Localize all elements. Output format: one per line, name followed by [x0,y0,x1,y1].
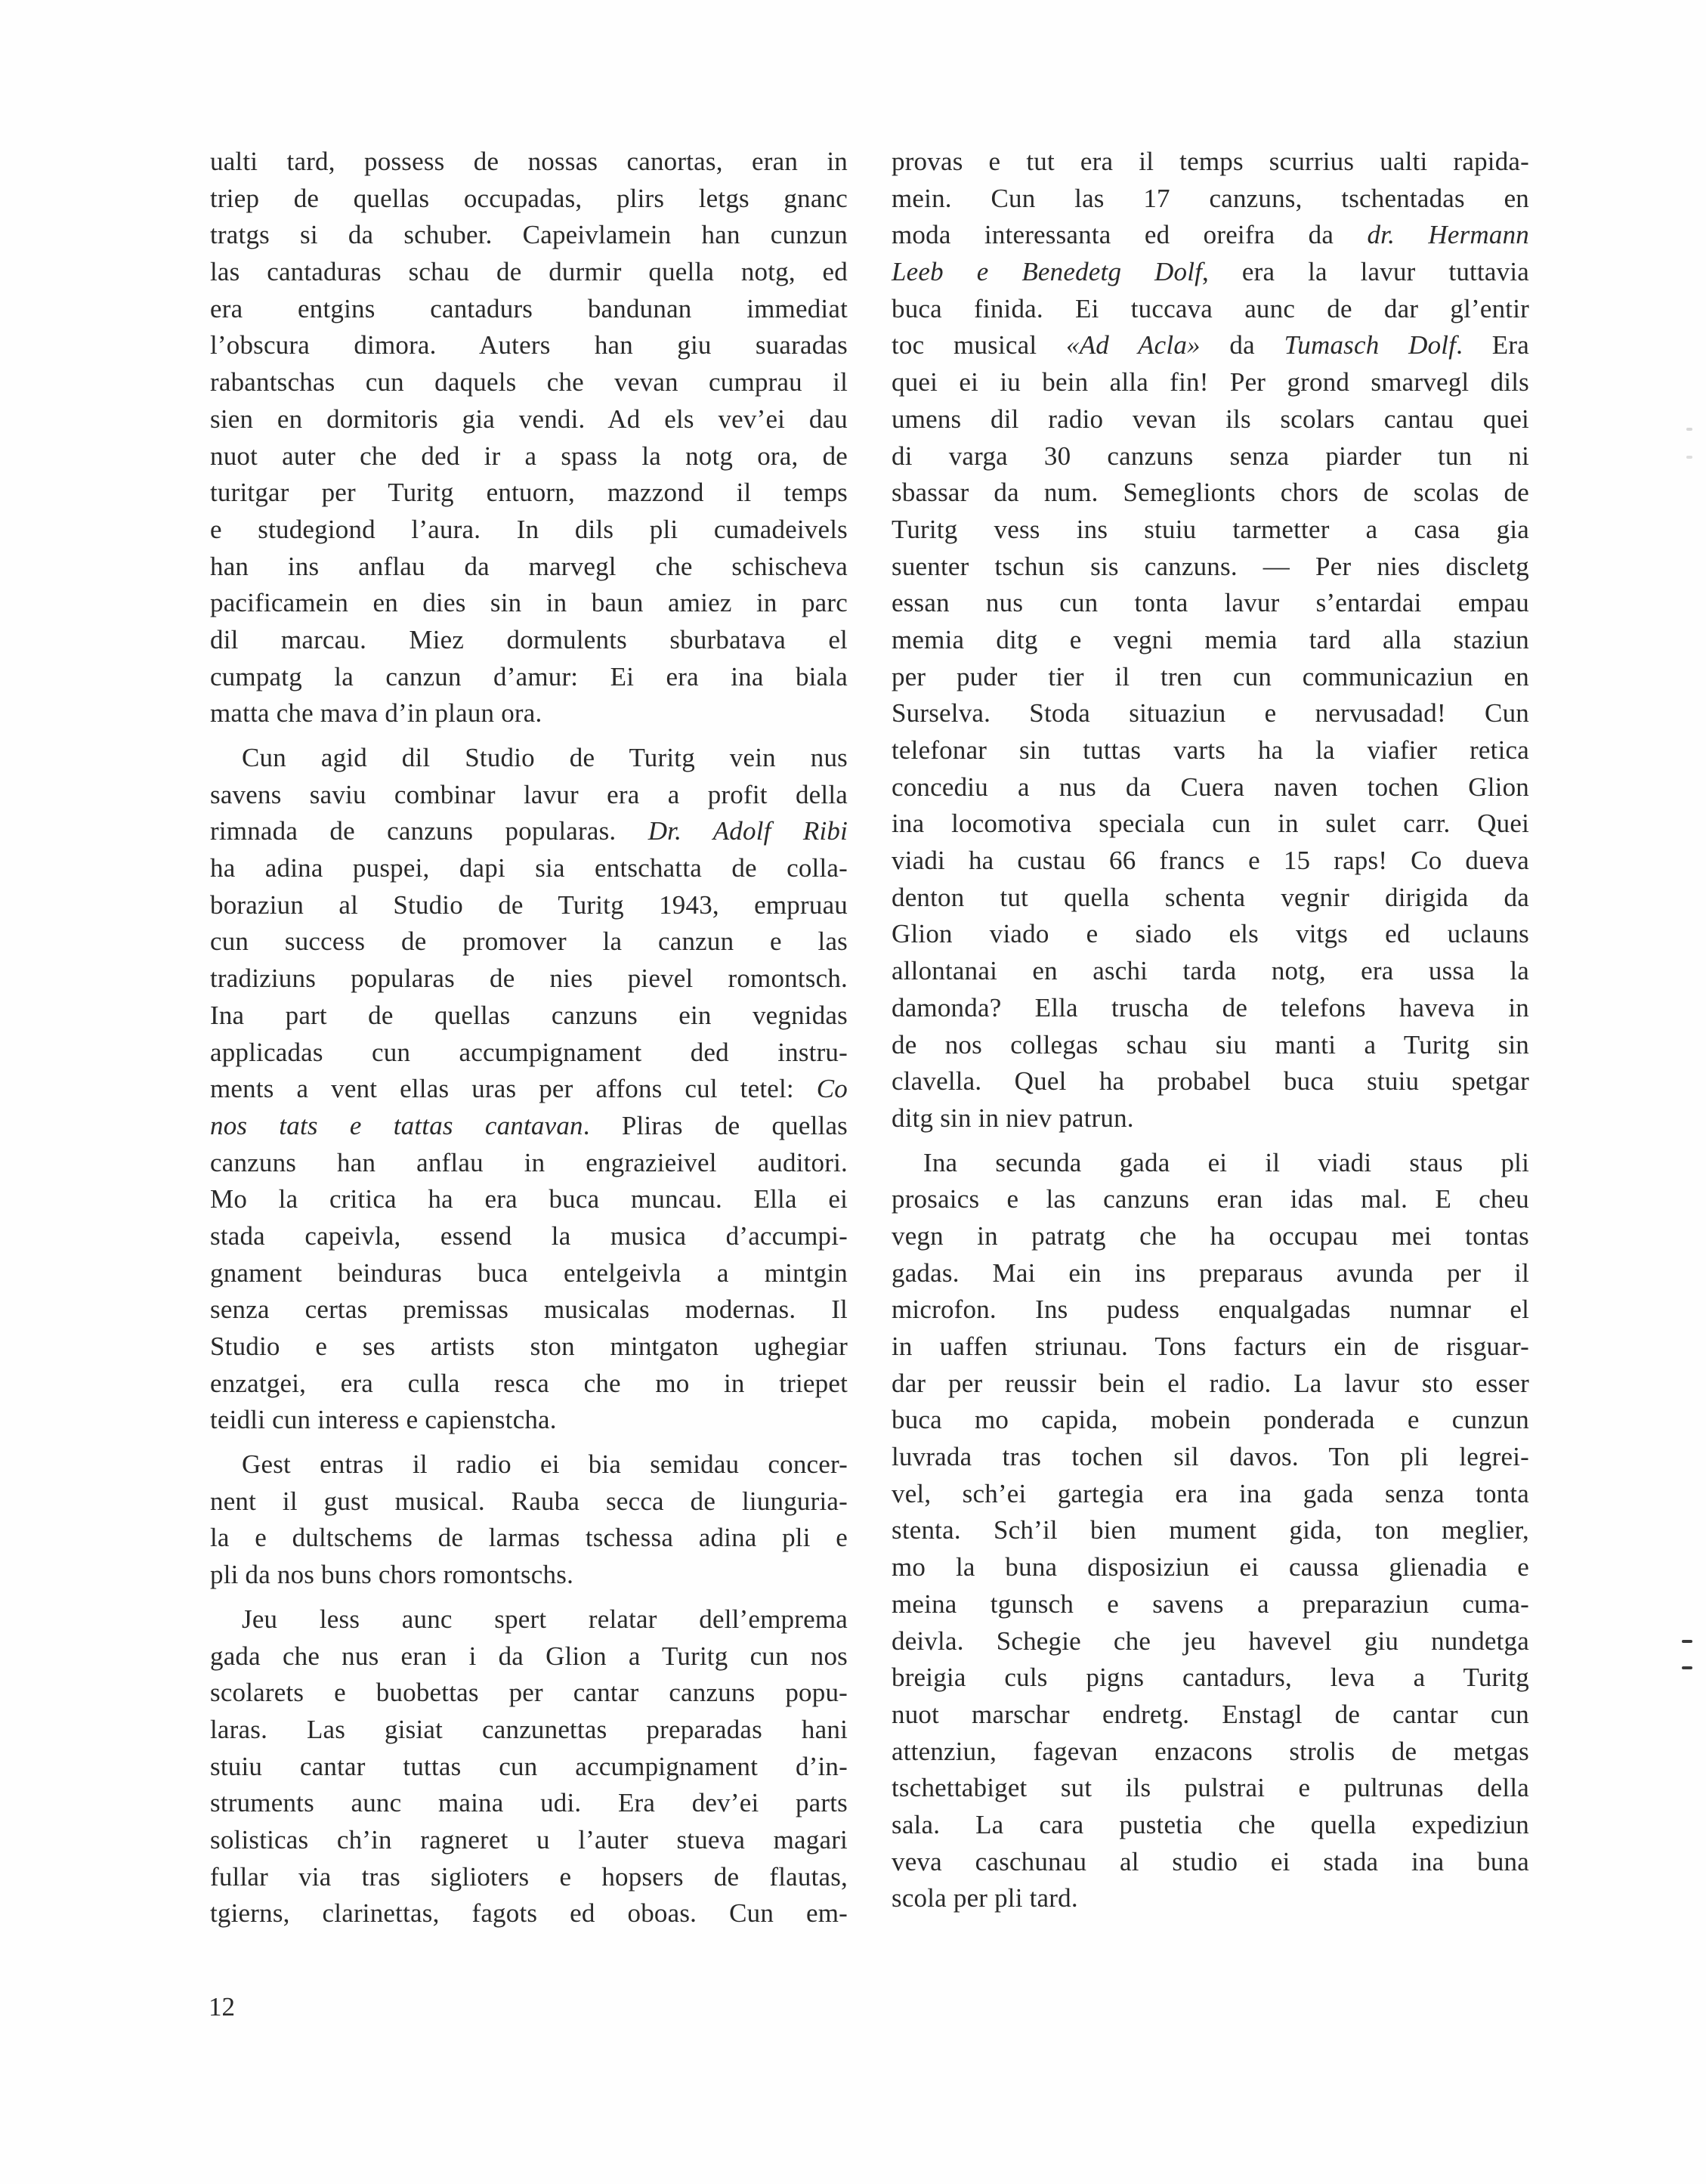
text-line: nos tats e tattas cantavan. Pliras de qu… [210,1108,848,1145]
text-line: savens saviu combinar lavur era a profit… [210,777,848,814]
document-page: ualti tard, possess de nossas canortas, … [0,0,1706,2184]
left-column-paragraph: ualti tard, possess de nossas canortas, … [210,144,848,732]
text-line: meina tgunsch e savens a preparaziun cum… [892,1586,1529,1623]
left-text-column: ualti tard, possess de nossas canortas, … [210,144,848,1940]
text-line: cumpatg la canzun d’amur: Ei era ina bia… [210,659,848,696]
text-line: nuot marschar endretg. Enstagl de cantar… [892,1697,1529,1734]
text-line: e studegiond l’aura. In dils pli cumadei… [210,512,848,549]
text-line: canzuns han anflau in engrazieivel audit… [210,1145,848,1182]
text-line: provas e tut era il temps scurrius ualti… [892,144,1529,181]
text-line: microfon. Ins pudess enqualgadas numnar … [892,1292,1529,1329]
right-column-paragraph: Ina secunda gada ei il viadi staus plipr… [892,1145,1529,1917]
italic-text: Dr. Adolf Ribi [648,816,848,846]
text-line: stada capeivla, essend la musica d’accum… [210,1218,848,1255]
text-line: clavella. Quel ha probabel buca stuiu sp… [892,1063,1529,1100]
scan-speck [1686,428,1692,431]
text-line: boraziun al Studio de Turitg 1943, empru… [210,887,848,924]
text-line: mein. Cun las 17 canzuns, tschentadas en [892,181,1529,218]
text-line: dar per reussir bein el radio. La lavur … [892,1366,1529,1403]
text-line: mo la buna disposiziun ei caussa glienad… [892,1549,1529,1586]
text-line: essan nus cun tonta lavur s’entardai emp… [892,585,1529,622]
text-line: han ins anflau da marvegl che schischeva [210,549,848,586]
italic-text: dr. Hermann [1367,220,1529,249]
text-line: in uaffen striunau. Tons facturs ein de … [892,1329,1529,1366]
text-line: luvrada tras tochen sil davos. Ton pli l… [892,1439,1529,1476]
text-line: senza certas premissas musicalas moderna… [210,1292,848,1329]
text-line: buca finida. Ei tuccava aunc de dar gl’e… [892,291,1529,328]
scan-speck [1682,1640,1692,1643]
left-column-paragraph: Gest entras il radio ei bia semidau conc… [210,1446,848,1594]
text-line: pacificamein en dies sin in baun amiez i… [210,585,848,622]
text-line: rimnada de canzuns popularas. Dr. Adolf … [210,813,848,850]
text-line: veva caschunau al studio ei stada ina bu… [892,1844,1529,1881]
text-line: deivla. Schegie che jeu havevel giu nund… [892,1623,1529,1660]
text-line: suenter tschun sis canzuns. — Per nies d… [892,549,1529,586]
italic-text: «Ad Acla» [1066,330,1201,360]
text-line: Turitg vess ins stuiu tarmetter a casa g… [892,512,1529,549]
text-line: las cantaduras schau de durmir quella no… [210,254,848,291]
page-number: 12 [209,1992,235,2022]
text-line: memia ditg e vegni memia tard alla stazi… [892,622,1529,659]
text-line: Cun agid dil Studio de Turitg vein nus [210,740,848,777]
text-line: sala. La cara pustetia che quella expedi… [892,1807,1529,1844]
text-line: viadi ha custau 66 francs e 15 raps! Co … [892,843,1529,880]
text-line: pli da nos buns chors romontschs. [210,1557,848,1594]
text-line: gada che nus eran i da Glion a Turitg cu… [210,1638,848,1675]
text-line: tgierns, clarinettas, fagots ed oboas. C… [210,1895,848,1932]
text-line: Mo la critica ha era buca muncau. Ella e… [210,1181,848,1218]
right-column-paragraph: provas e tut era il temps scurrius ualti… [892,144,1529,1137]
text-line: Ina part de quellas canzuns ein vegnidas [210,998,848,1035]
text-line: denton tut quella schenta vegnir dirigid… [892,880,1529,917]
left-column-paragraph: Jeu less aunc spert relatar dell’emprema… [210,1601,848,1932]
text-line: Studio e ses artists ston mintgaton ughe… [210,1329,848,1366]
scan-speck [1682,1666,1692,1669]
text-line: Leeb e Benedetg Dolf, era la lavur tutta… [892,254,1529,291]
text-line: prosaics e las canzuns eran idas mal. E … [892,1181,1529,1218]
scan-speck [1686,456,1692,459]
text-line: vel, sch’ei gartegia era ina gada senza … [892,1476,1529,1513]
text-line: ha adina puspei, dapi sia entschatta de … [210,850,848,887]
text-line: breigia culs pigns cantadurs, leva a Tur… [892,1660,1529,1697]
text-line: tschettabiget sut ils pulstrai e pultrun… [892,1770,1529,1807]
text-line: ments a vent ellas uras per affons cul t… [210,1071,848,1108]
text-line: rabantschas cun daquels che vevan cumpra… [210,364,848,401]
text-line: ualti tard, possess de nossas canortas, … [210,144,848,181]
text-line: cun success de promover la canzun e las [210,923,848,961]
text-line: vegn in patratg che ha occupau mei tonta… [892,1218,1529,1255]
text-line: quei ei iu bein alla fin! Per grond smar… [892,364,1529,401]
text-line: ditg sin in niev patrun. [892,1100,1529,1137]
text-line: Gest entras il radio ei bia semidau conc… [210,1446,848,1483]
text-line: scolarets e buobettas per cantar canzuns… [210,1675,848,1712]
text-line: matta che mava d’in plaun ora. [210,695,848,732]
text-line: ina locomotiva speciala cun in sulet car… [892,806,1529,843]
text-line: teidli cun interess e capienstcha. [210,1402,848,1439]
right-text-column: provas e tut era il temps scurrius ualti… [892,144,1529,1925]
text-line: era entgins cantadurs bandunan immediat [210,291,848,328]
text-line: Glion viado e siado els vitgs ed uclauns [892,916,1529,953]
text-line: de nos collegas schau siu manti a Turitg… [892,1027,1529,1064]
text-line: l’obscura dimora. Auters han giu suarada… [210,327,848,364]
text-line: stenta. Sch’il bien mument gida, ton meg… [892,1512,1529,1549]
text-line: la e dultschems de larmas tschessa adina… [210,1520,848,1557]
text-line: struments aunc maina udi. Era dev’ei par… [210,1785,848,1822]
text-line: turitgar per Turitg entuorn, mazzond il … [210,475,848,512]
text-line: solisticas ch’in ragneret u l’auter stue… [210,1822,848,1859]
italic-text: Tumasch Dolf [1284,330,1457,360]
text-line: Surselva. Stoda situaziun e nervusadad! … [892,695,1529,732]
text-line: buca mo capida, mobein ponderada e cunzu… [892,1402,1529,1439]
text-line: scola per pli tard. [892,1880,1529,1917]
text-line: gnament beinduras buca entelgeivla a min… [210,1255,848,1292]
text-line: moda interessanta ed oreifra da dr. Herm… [892,217,1529,254]
text-line: triep de quellas occupadas, plirs letgs … [210,181,848,218]
text-line: telefonar sin tuttas varts ha la viafier… [892,732,1529,769]
text-line: damonda? Ella truscha de telefons haveva… [892,990,1529,1027]
text-line: nent il gust musical. Rauba secca de liu… [210,1483,848,1520]
text-line: Ina secunda gada ei il viadi staus pli [892,1145,1529,1182]
text-line: stuiu cantar tuttas cun accumpignament d… [210,1749,848,1786]
text-line: dil marcau. Miez dormulents sburbatava e… [210,622,848,659]
text-line: laras. Las gisiat canzunettas preparadas… [210,1712,848,1749]
italic-text: Leeb e Benedetg Dolf [892,257,1202,286]
text-line: sbassar da num. Semeglionts chors de sco… [892,475,1529,512]
text-line: tradiziuns popularas de nies pievel romo… [210,961,848,998]
text-line: concediu a nus da Cuera naven tochen Gli… [892,769,1529,806]
left-column-paragraph: Cun agid dil Studio de Turitg vein nussa… [210,740,848,1439]
text-line: per puder tier il tren cun communicaziun… [892,659,1529,696]
text-line: fullar via tras siglioters e hopsers de … [210,1859,848,1896]
text-line: nuot auter che ded ir a spass la notg or… [210,438,848,475]
text-line: Jeu less aunc spert relatar dell’emprema [210,1601,848,1638]
text-line: tratgs si da schuber. Capeivlamein han c… [210,217,848,254]
text-line: sien en dormitoris gia vendi. Ad els vev… [210,401,848,438]
text-line: di varga 30 canzuns senza piarder tun ni [892,438,1529,475]
italic-text: Co [817,1074,848,1103]
text-line: umens dil radio vevan ils scolars cantau… [892,401,1529,438]
text-line: enzatgei, era culla resca che mo in trie… [210,1366,848,1403]
text-line: gadas. Mai ein ins preparaus avunda per … [892,1255,1529,1292]
italic-text: nos tats e tattas cantavan [210,1111,583,1140]
text-line: toc musical «Ad Acla» da Tumasch Dolf. E… [892,327,1529,364]
text-line: applicadas cun accumpignament ded instru… [210,1035,848,1072]
text-line: allontanai en aschi tarda notg, era ussa… [892,953,1529,990]
text-line: attenziun, fagevan enzacons strolis de m… [892,1734,1529,1771]
